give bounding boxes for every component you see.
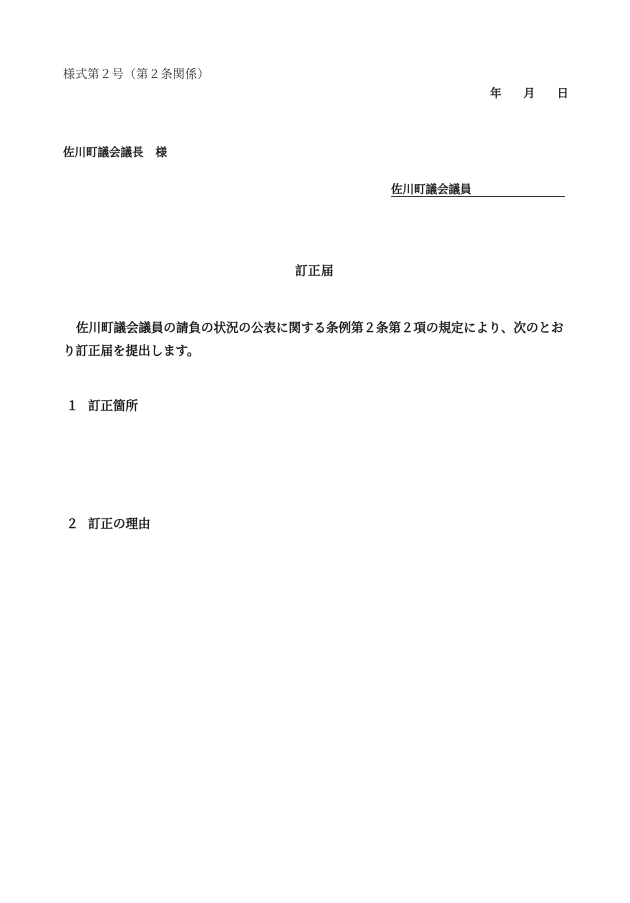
year-label: 年 [490, 85, 502, 101]
sender-label: 佐川町議会議員 [391, 182, 472, 196]
document-title: 訂正届 [295, 261, 334, 279]
addressee-honorific: 様 [156, 145, 168, 159]
body-paragraph: 佐川町議会議員の請負の状況の公表に関する条例第２条第２項の規定により、次のとおり… [63, 316, 569, 362]
item-number: １ [66, 396, 88, 414]
date-line: 年月日 [490, 85, 569, 101]
item-correction-reason: ２訂正の理由 [66, 514, 151, 532]
month-label: 月 [524, 85, 536, 101]
item-label: 訂正の理由 [88, 516, 151, 531]
addressee-name: 佐川町議会議長 [63, 145, 144, 159]
day-label: 日 [557, 85, 569, 101]
form-number: 様式第２号（第２条関係） [63, 65, 209, 82]
document-page: 様式第２号（第２条関係） 年月日 佐川町議会議長様 佐川町議会議員 訂正届 佐川… [0, 0, 630, 903]
sender-signature-line: 佐川町議会議員 [391, 182, 565, 197]
item-number: ２ [66, 514, 88, 532]
item-correction-location: １訂正箇所 [66, 396, 138, 414]
addressee: 佐川町議会議長様 [63, 144, 167, 160]
item-label: 訂正箇所 [88, 398, 138, 413]
